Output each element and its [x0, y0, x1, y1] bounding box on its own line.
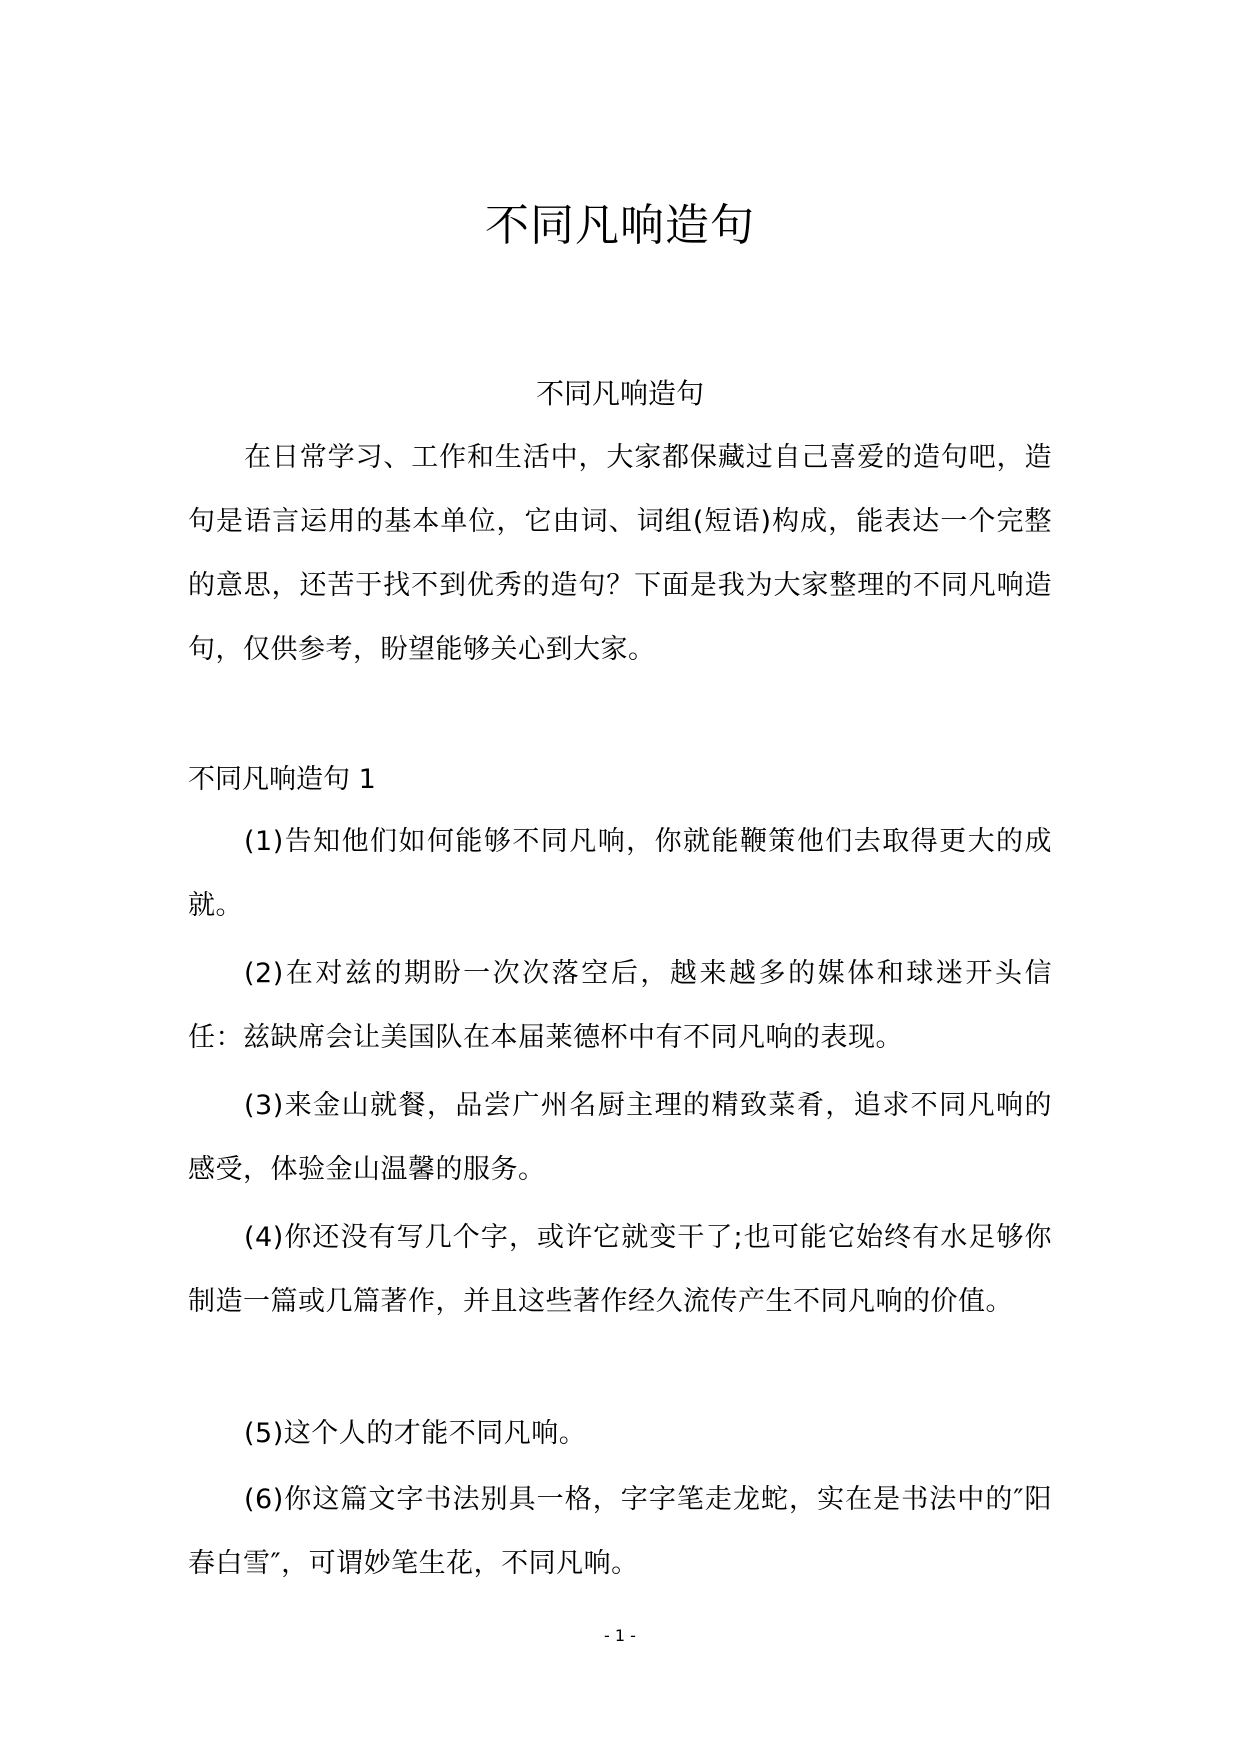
section-heading: 不同凡响造句 1: [188, 756, 376, 804]
intro-paragraph: 在日常学习、工作和生活中，大家都保藏过自己喜爱的造句吧，造句是语言运用的基本单位…: [188, 426, 1052, 682]
document-page: 不同凡响造句 不同凡响造句 在日常学习、工作和生活中，大家都保藏过自己喜爱的造句…: [0, 0, 1240, 1753]
document-title: 不同凡响造句: [0, 196, 1240, 256]
sentence-3: (3)来金山就餐，品尝广州名厨主理的精致菜肴，追求不同凡响的感受，体验金山温馨的…: [188, 1074, 1052, 1202]
sentence-4: (4)你还没有写几个字，或许它就变干了;也可能它始终有水足够你制造一篇或几篇著作…: [188, 1206, 1052, 1334]
sentence-6: (6)你这篇文字书法别具一格，字字笔走龙蛇，实在是书法中的″阳春白雪″，可谓妙笔…: [188, 1468, 1052, 1596]
sentence-2: (2)在对兹的期盼一次次落空后，越来越多的媒体和球迷开头信任：兹缺席会让美国队在…: [188, 942, 1052, 1070]
sentence-5: (5)这个人的才能不同凡响。: [188, 1402, 1052, 1466]
sentence-1: (1)告知他们如何能够不同凡响，你就能鞭策他们去取得更大的成就。: [188, 810, 1052, 938]
page-number: - 1 -: [0, 1626, 1240, 1646]
document-subtitle: 不同凡响造句: [0, 370, 1240, 418]
